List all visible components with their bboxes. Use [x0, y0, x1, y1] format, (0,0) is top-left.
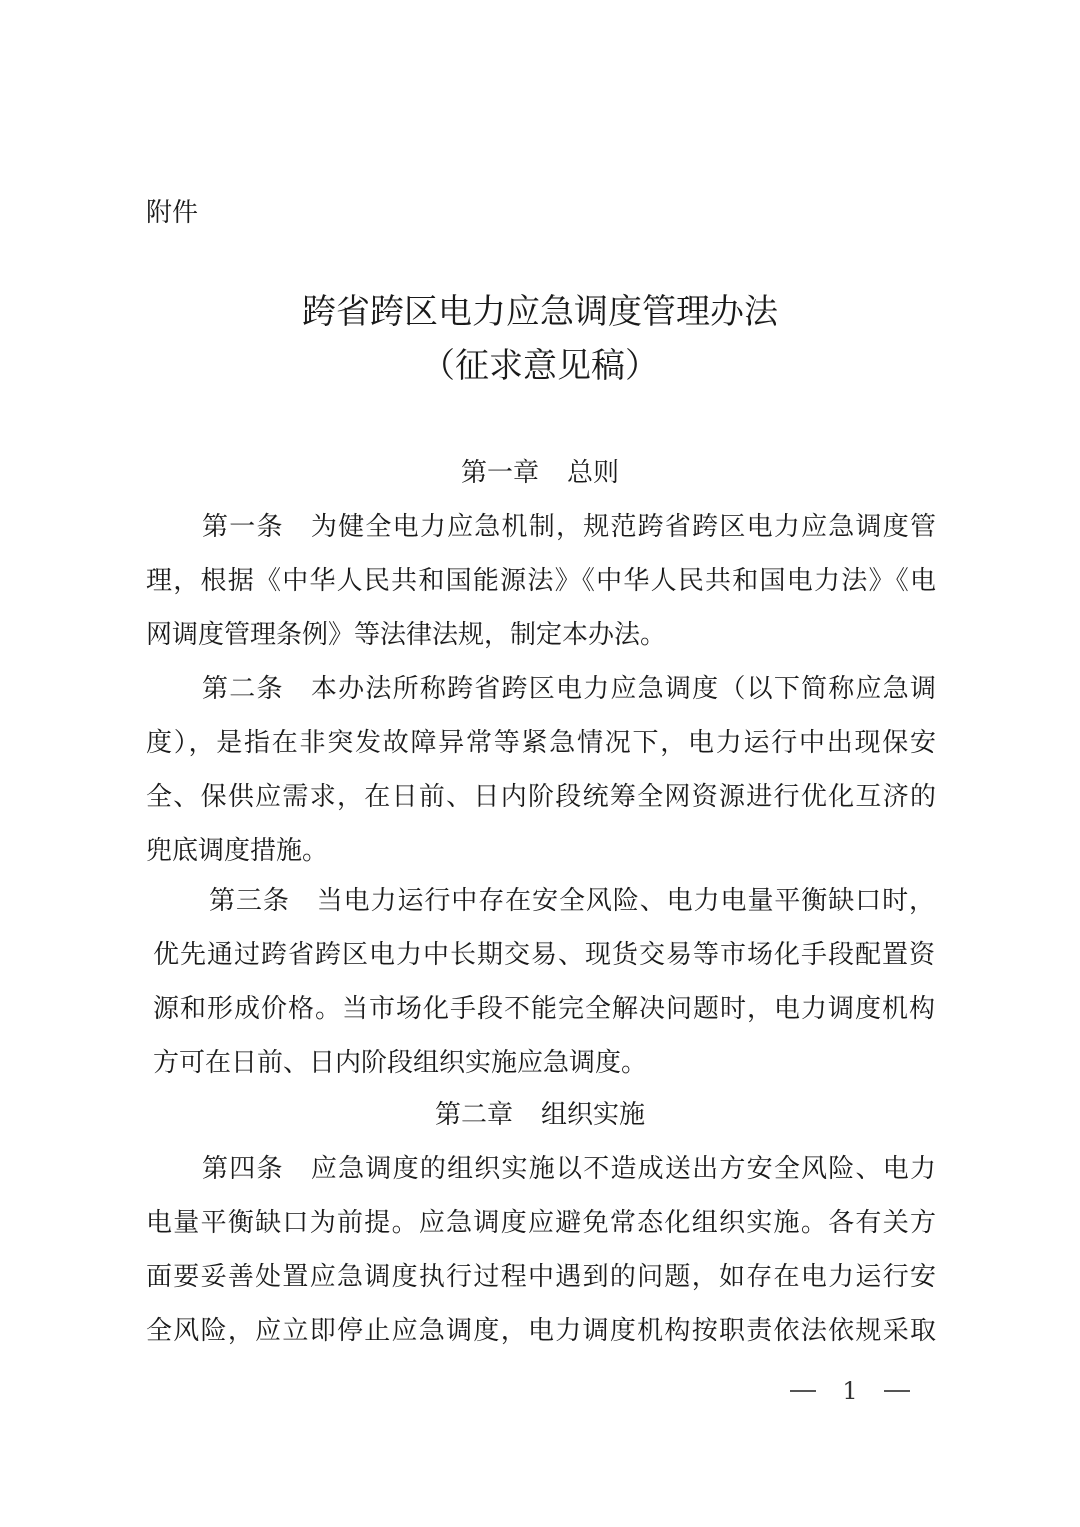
article-3-line-2: 优先通过跨省跨区电力中长期交易、现货交易等市场化手段配置资: [153, 938, 935, 972]
document-title: 跨省跨区电力应急调度管理办法: [0, 290, 1080, 334]
chapter-number: 第二章: [435, 1100, 513, 1130]
chapter-name: 总则: [567, 458, 619, 488]
article-4-line-3: 面要妥善处置应急调度执行过程中遇到的问题，如存在电力运行安: [146, 1260, 936, 1294]
article-1-line-3: 网调度管理条例》等法律法规，制定本办法。: [146, 618, 936, 652]
dash-right: [884, 1390, 910, 1392]
article-3-line-4: 方可在日前、日内阶段组织实施应急调度。: [153, 1046, 935, 1080]
article-4-line-2: 电量平衡缺口为前提。应急调度应避免常态化组织实施。各有关方: [146, 1206, 936, 1240]
article-3-line-3: 源和形成价格。当市场化手段不能完全解决问题时，电力调度机构: [153, 992, 935, 1026]
article-4-line-1: 第四条 应急调度的组织实施以不造成送出方安全风险、电力: [146, 1152, 936, 1186]
chapter-name: 组织实施: [541, 1100, 645, 1130]
article-2-line-2: 度），是指在非突发故障异常等紧急情况下，电力运行中出现保安: [146, 726, 936, 760]
document-page: 附件 跨省跨区电力应急调度管理办法 （征求意见稿） 第一章总则 第一条 为健全电…: [0, 0, 1080, 1527]
chapter-heading-1: 第一章总则: [0, 456, 1080, 490]
chapter-heading-2: 第二章组织实施: [0, 1098, 1080, 1132]
article-3-line-1: 第三条 当电力运行中存在安全风险、电力电量平衡缺口时，: [153, 884, 935, 918]
page-number-value: 1: [842, 1376, 857, 1406]
chapter-number: 第一章: [461, 458, 539, 488]
article-2-line-1: 第二条 本办法所称跨省跨区电力应急调度（以下简称应急调: [146, 672, 936, 706]
attachment-label: 附件: [146, 196, 198, 230]
article-2-line-3: 全、保供应需求，在日前、日内阶段统筹全网资源进行优化互济的: [146, 780, 936, 814]
article-1-line-1: 第一条 为健全电力应急机制，规范跨省跨区电力应急调度管: [146, 510, 936, 544]
article-2-line-4: 兜底调度措施。: [146, 834, 936, 868]
dash-left: [790, 1390, 816, 1392]
document-subtitle: （征求意见稿）: [0, 344, 1080, 388]
article-4-line-4: 全风险，应立即停止应急调度，电力调度机构按职责依法依规采取: [146, 1314, 936, 1348]
article-1-line-2: 理，根据《中华人民共和国能源法》《中华人民共和国电力法》《电: [146, 564, 936, 598]
page-number: 1: [790, 1376, 910, 1406]
